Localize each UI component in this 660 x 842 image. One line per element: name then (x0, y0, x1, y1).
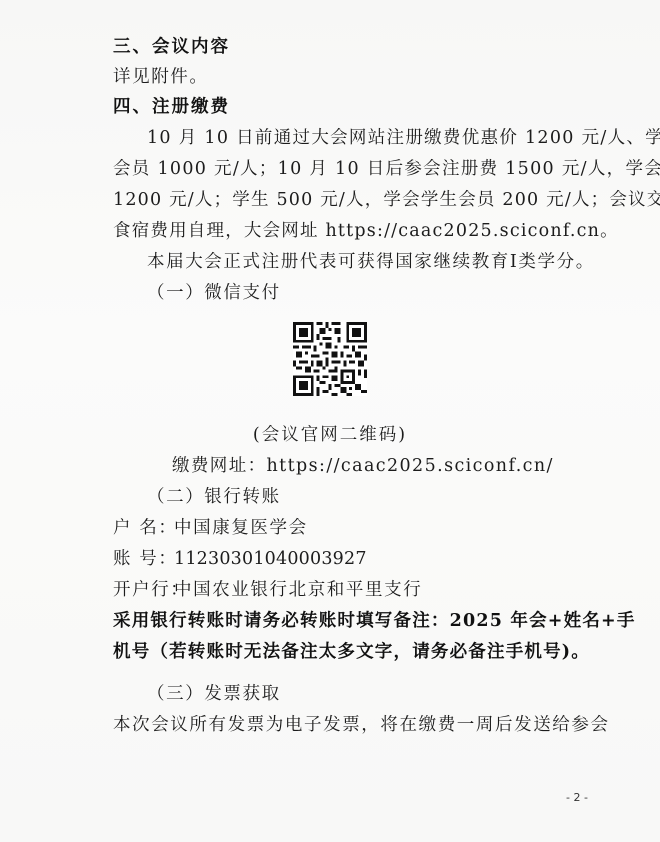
invoice-heading: （三）发票获取 (147, 683, 281, 705)
fee-paragraph-line-3: 1200 元/人；学生 500 元/人，学会学生会员 200 元/人；会议交通、 (113, 189, 660, 211)
document-page: 三、会议内容 详见附件。 四、注册缴费 10 月 10 日前通过大会网站注册缴费… (0, 0, 660, 842)
section-heading-registration-fee: 四、注册缴费 (113, 96, 230, 118)
account-name-value: 中国康复医学会 (174, 518, 308, 538)
bank-name-row: 开户行：中国农业银行北京和平里支行 (113, 579, 422, 601)
account-number-value: 11230301040003927 (174, 549, 367, 569)
fee-paragraph-line-4: 食宿费用自理，大会网址 https://caac2025.sciconf.cn。 (113, 220, 619, 242)
fee-paragraph-line-1: 10 月 10 日前通过大会网站注册缴费优惠价 1200 元/人、学会 (147, 127, 660, 149)
account-name-row: 户 名：中国康复医学会 (113, 517, 308, 539)
payment-url[interactable]: 缴费网址：https://caac2025.sciconf.cn/ (172, 455, 554, 477)
qr-caption: (会议官网二维码) (0, 424, 660, 446)
section-heading-meeting-content: 三、会议内容 (113, 36, 230, 58)
invoice-body-line: 本次会议所有发票为电子发票，将在缴费一周后发送给参会 (113, 714, 610, 736)
transfer-remark-line-2: 机号（若转账时无法备注太多文字，请务必备注手机号)。 (113, 641, 590, 663)
transfer-remark-line-1: 采用银行转账时请务必转账时填写备注：2025 年会+姓名+手 (113, 610, 636, 632)
bank-transfer-heading: （二）银行转账 (147, 486, 281, 508)
account-number-row: 账 号：11230301040003927 (113, 548, 367, 570)
bank-name-label: 开户行： (113, 579, 174, 601)
account-name-label: 户 名： (113, 517, 174, 539)
page-number: - 2 - (566, 791, 588, 804)
section-body-see-attachment: 详见附件。 (113, 66, 209, 88)
credit-note: 本届大会正式注册代表可获得国家继续教育I类学分。 (147, 251, 595, 273)
wechat-pay-heading: （一）微信支付 (147, 282, 281, 304)
qr-code-icon[interactable] (293, 322, 367, 396)
fee-paragraph-line-2: 会员 1000 元/人；10 月 10 日后参会注册费 1500 元/人，学会会… (113, 158, 660, 180)
account-number-label: 账 号： (113, 548, 174, 570)
bank-name-value: 中国农业银行北京和平里支行 (174, 580, 422, 600)
